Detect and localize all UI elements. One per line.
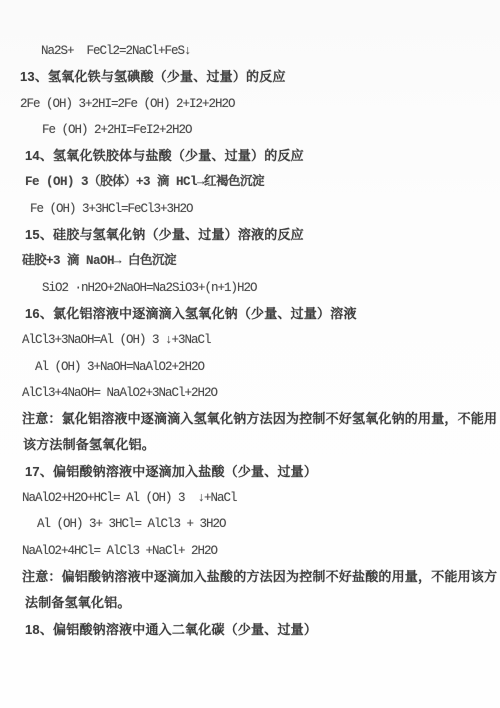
- document-line-11: 16、氯化铝溶液中逐滴滴入氢氧化钠（少量、过量）溶液: [25, 301, 492, 327]
- document-line-20: NaAlO2+4HCl= AlCl3 +NaCl+ 2H2O: [22, 538, 492, 564]
- document-line-15: 注意：氯化铝溶液中逐滴滴入氢氧化钠方法因为控制不好氢氧化钠的用量，不能用: [22, 406, 492, 432]
- document-lines: Na2S+ FeCl2=2NaCl+FeS↓13、氢氧化铁与氢碘酸（少量、过量）…: [0, 0, 500, 643]
- document-line-10: SiO2 ·nH2O+2NaOH=Na2SiO3+(n+1)H2O: [42, 275, 492, 301]
- document-line-16: 该方法制备氢氧化铝。: [23, 432, 492, 458]
- document-line-23: 18、偏铝酸钠溶液中通入二氧化碳（少量、过量）: [25, 617, 492, 643]
- document-line-17: 17、偏铝酸钠溶液中逐滴加入盐酸（少量、过量）: [25, 459, 492, 485]
- document-line-3: 2Fe (OH) 3+2HI=2Fe (OH) 2+I2+2H2O: [20, 91, 492, 117]
- document-line-19: Al (OH) 3+ 3HCl= AlCl3 + 3H2O: [37, 511, 492, 537]
- document-line-7: Fe (OH) 3+3HCl=FeCl3+3H2O: [30, 196, 492, 222]
- document-line-21: 注意：偏铝酸钠溶液中逐滴加入盐酸的方法因为控制不好盐酸的用量，不能用该方: [22, 564, 492, 590]
- document-line-12: AlCl3+3NaOH=Al (OH) 3 ↓+3NaCl: [22, 327, 492, 353]
- document-line-1: Na2S+ FeCl2=2NaCl+FeS↓: [41, 38, 492, 64]
- document-line-14: AlCl3+4NaOH= NaAlO2+3NaCl+2H2O: [22, 380, 492, 406]
- document-line-22: 法制备氢氧化铝。: [25, 590, 492, 616]
- document-line-4: Fe (OH) 2+2HI=FeI2+2H2O: [42, 117, 492, 143]
- document-line-9: 硅胶+3 滴 NaOH→ 白色沉淀: [22, 248, 492, 274]
- document-line-13: Al (OH) 3+NaOH=NaAlO2+2H2O: [35, 354, 492, 380]
- document-line-18: NaAlO2+H2O+HCl= Al (OH) 3 ↓+NaCl: [22, 485, 492, 511]
- document-line-5: 14、氢氧化铁胶体与盐酸（少量、过量）的反应: [25, 143, 492, 169]
- document-line-8: 15、硅胶与氢氧化钠（少量、过量）溶液的反应: [25, 222, 492, 248]
- document-line-6: Fe (OH) 3（胶体）+3 滴 HCl→红褐色沉淀: [25, 169, 492, 195]
- document-line-2: 13、氢氧化铁与氢碘酸（少量、过量）的反应: [20, 64, 492, 90]
- document-page: Na2S+ FeCl2=2NaCl+FeS↓13、氢氧化铁与氢碘酸（少量、过量）…: [0, 0, 500, 708]
